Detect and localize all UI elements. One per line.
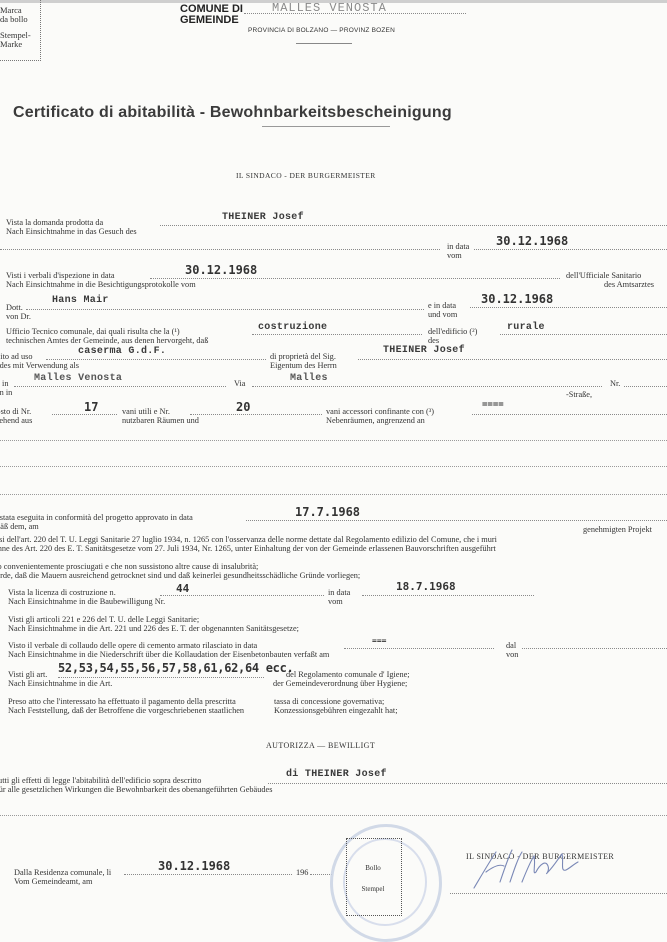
domanda-value: THEINER Josef <box>222 212 304 223</box>
dott-line <box>26 309 424 310</box>
issuer-heading: IL SINDACO - DER BURGERMEISTER <box>236 171 376 180</box>
domanda-data-value: 30.12.1968 <box>496 234 568 248</box>
comune-label-de: GEMEINDE <box>180 14 239 26</box>
luogo-label-it: sito in <box>0 379 9 388</box>
art-suffix-it: del Regolamento comunale d' Igiene; <box>286 670 410 679</box>
tassa-it-1: Preso atto che l'interessato ha effettua… <box>8 697 236 706</box>
effetti-label-it: a tutti gli effetti di legge l'abitabili… <box>0 776 201 785</box>
licenza-label-it: Vista la licenza di costruzione n. <box>8 588 116 597</box>
proprieta-line <box>358 359 667 360</box>
uso-label-it: adibito ad uso <box>0 352 33 361</box>
articoli-de: Nach Einsichtnahme in die Art. 221 und 2… <box>8 624 299 633</box>
vani-accessori-label-it: vani utili e Nr. <box>122 407 170 416</box>
blank-line <box>0 466 667 467</box>
numero-label: Nr. <box>610 379 620 388</box>
residenza-label-it: Dalla Residenza comunale, li <box>14 868 111 877</box>
effetti-label-de: für alle gesetzlichen Wirkungen die Bewo… <box>0 785 272 794</box>
edificio-value: rurale <box>507 322 545 333</box>
proprieta-value: THEINER Josef <box>383 345 465 356</box>
licenza-data-label-it: in data <box>328 588 350 597</box>
ufficio-label-it: Ufficio Tecnico comunale, dai quali risu… <box>6 327 180 336</box>
vani-accessori-line <box>190 414 322 415</box>
ufficiale-label-it: dell'Ufficiale Sanitario <box>566 271 641 280</box>
tassa-de-1: Nach Feststellung, daß der Betroffene di… <box>8 706 244 715</box>
proprieta-label-de: Eigentum des Herrn <box>270 361 337 370</box>
dott-data-value: 30.12.1968 <box>481 292 553 306</box>
dott-label-de: von Dr. <box>6 312 31 321</box>
bollo-box <box>346 838 402 916</box>
licenza-line <box>160 595 324 596</box>
collaudo-label-de: Nach Einsichtnahme in die Niederschrift … <box>8 650 329 659</box>
ufficio-value: costruzione <box>258 322 327 333</box>
stamp-line: Marke <box>0 40 31 49</box>
document-title: Certificato di abitabilità - Bewohnbarke… <box>13 104 452 122</box>
uso-label-de: Gebäudes mit Verwendung als <box>0 361 79 370</box>
via-value: Malles <box>290 373 328 384</box>
domanda-label-it: Vista la domanda prodotta da <box>6 218 103 227</box>
vani-utili-label-de: bestehend aus <box>0 416 32 425</box>
edificio-label-de: des <box>428 336 439 345</box>
edificio-line <box>500 334 667 335</box>
ispezione-value: 30.12.1968 <box>185 263 257 277</box>
vani-accessori-value: 20 <box>236 400 250 414</box>
year-prefix: 196 <box>296 868 308 877</box>
header-rule <box>296 43 352 44</box>
via-line <box>252 386 602 387</box>
residenza-line <box>124 874 292 875</box>
collaudo-line <box>344 648 494 649</box>
province-label: PROVINCIA DI BOLZANO — PROVINZ BOZEN <box>248 27 395 34</box>
dott-label-it: Dott. <box>6 303 23 312</box>
progetto-label-it: è stata eseguita in conformità del proge… <box>0 513 193 522</box>
effetti-value: di THEINER Josef <box>286 769 387 780</box>
progetto-label-de: gemäß dem, am <box>0 522 39 531</box>
confinante-value: ==== <box>482 400 504 410</box>
blank-line <box>0 440 667 441</box>
residenza-label-de: Vom Gemeindeamt, am <box>14 877 92 886</box>
progetto-value: 17.7.1968 <box>295 505 360 519</box>
stamp-line: da bollo <box>0 15 28 24</box>
dott-value: Hans Mair <box>52 295 109 306</box>
luogo-value: Malles Venosta <box>34 373 122 384</box>
stempel-label: Stempel <box>346 885 400 893</box>
numero-line <box>624 386 667 387</box>
ispezione-label-it: Visti i verbali d'ispezione in data <box>6 271 115 280</box>
domanda-data-label-it: in data <box>447 242 469 251</box>
licenza-data-label-de: vom <box>328 597 343 606</box>
domanda-label-de: Nach Einsichtnahme in das Gesuch des <box>6 227 137 236</box>
domanda-data-label-de: vom <box>447 251 462 260</box>
prosciugati-it: sono convenientemente prosciugati e che … <box>0 562 258 571</box>
art-suffix-de: der Gemeindeverordnung über Hygiene; <box>273 679 407 688</box>
progetto-label-de-right: genehmigten Projekt <box>583 525 652 534</box>
art-label-it: Visti gli art. <box>8 670 47 679</box>
dott-data-line <box>470 307 667 308</box>
year-line <box>310 874 332 875</box>
luogo-label-de: gelegen in <box>0 388 12 397</box>
ai-sensi-it: ai sensi dell'art. 220 del T. U. Leggi S… <box>0 535 497 544</box>
residenza-date: 30.12.1968 <box>158 859 230 873</box>
ai-sensi-de: im Sinne des Art. 220 des E. T. Sanitäts… <box>0 544 496 553</box>
vani-utili-line <box>52 414 117 415</box>
dott-data-label-it: e in data <box>428 301 456 310</box>
licenza-data-line <box>362 595 534 596</box>
articoli-it: Visti gli articoli 221 e 226 del T. U. d… <box>8 615 199 624</box>
tassa-it-2: tassa di concessione governativa; <box>274 697 384 706</box>
bollo-label: Bollo <box>346 864 400 872</box>
art-line <box>58 677 264 678</box>
vani-utili-label-it: composto di Nr. <box>0 407 31 416</box>
licenza-data-value: 18.7.1968 <box>396 580 456 593</box>
autorizza-heading: AUTORIZZA — BEWILLIGT <box>266 741 375 750</box>
licenza-value: 44 <box>176 582 189 595</box>
vani-utili-value: 17 <box>84 400 98 414</box>
vani-accessori-label-de: nutzbaren Räumen und <box>122 416 199 425</box>
progetto-line <box>246 520 667 521</box>
confinante-label-it: vani accessori confinante con (³) <box>326 407 434 416</box>
effetti-line <box>268 783 667 784</box>
collaudo-dal-de: von <box>506 650 518 659</box>
collaudo-dal-line <box>522 648 667 649</box>
stamp-label-it: Marca da bollo <box>0 6 28 24</box>
title-rule <box>262 126 390 127</box>
collaudo-label-it: Visto il verbale di collaudo delle opere… <box>8 641 257 650</box>
ufficio-label-de: technischen Amtes der Gemeinde, aus dene… <box>6 336 208 345</box>
comune-value: MALLES VENOSTA <box>272 1 387 15</box>
edificio-label-it: dell'edificio (²) <box>428 327 477 336</box>
domanda-line-2 <box>0 249 440 250</box>
uso-line <box>46 359 266 360</box>
domanda-line <box>160 225 667 226</box>
collaudo-value: === <box>372 636 386 645</box>
luogo-line <box>14 386 226 387</box>
confinante-line <box>472 414 667 415</box>
tassa-de-2: Konzessionsgebühren eingezahlt hat; <box>274 706 398 715</box>
prosciugati-de: wurde, daß die Mauern ausreichend getroc… <box>0 571 360 580</box>
proprieta-label-it: di proprietà del Sig. <box>270 352 336 361</box>
art-value: 52,53,54,55,56,57,58,61,62,64 ecc. <box>58 661 293 675</box>
uso-value: caserma G.d.F. <box>78 346 166 357</box>
blank-line <box>0 815 667 816</box>
ufficiale-label-de: des Amtsarztes <box>604 280 654 289</box>
collaudo-dal-it: dal <box>506 641 516 650</box>
dott-data-label-de: und vom <box>428 310 457 319</box>
licenza-label-de: Nach Einsichtnahme in die Baubewilligung… <box>8 597 165 606</box>
signature-icon <box>470 842 580 892</box>
art-label-de: Nach Einsichtnahme in die Art. <box>8 679 112 688</box>
blank-line <box>0 494 667 495</box>
ispezione-label-de: Nach Einsichtnahme in die Besichtigungsp… <box>6 280 196 289</box>
signature-line <box>450 893 667 894</box>
ispezione-line <box>150 278 560 279</box>
ufficio-line <box>252 334 422 335</box>
strasse-label: -Straße, <box>566 390 592 399</box>
stamp-label-de: Stempel- Marke <box>0 31 31 49</box>
via-label: Via <box>234 379 245 388</box>
confinante-label-de: Nebenräumen, angrenzend an <box>326 416 425 425</box>
domanda-data-line <box>474 249 667 250</box>
